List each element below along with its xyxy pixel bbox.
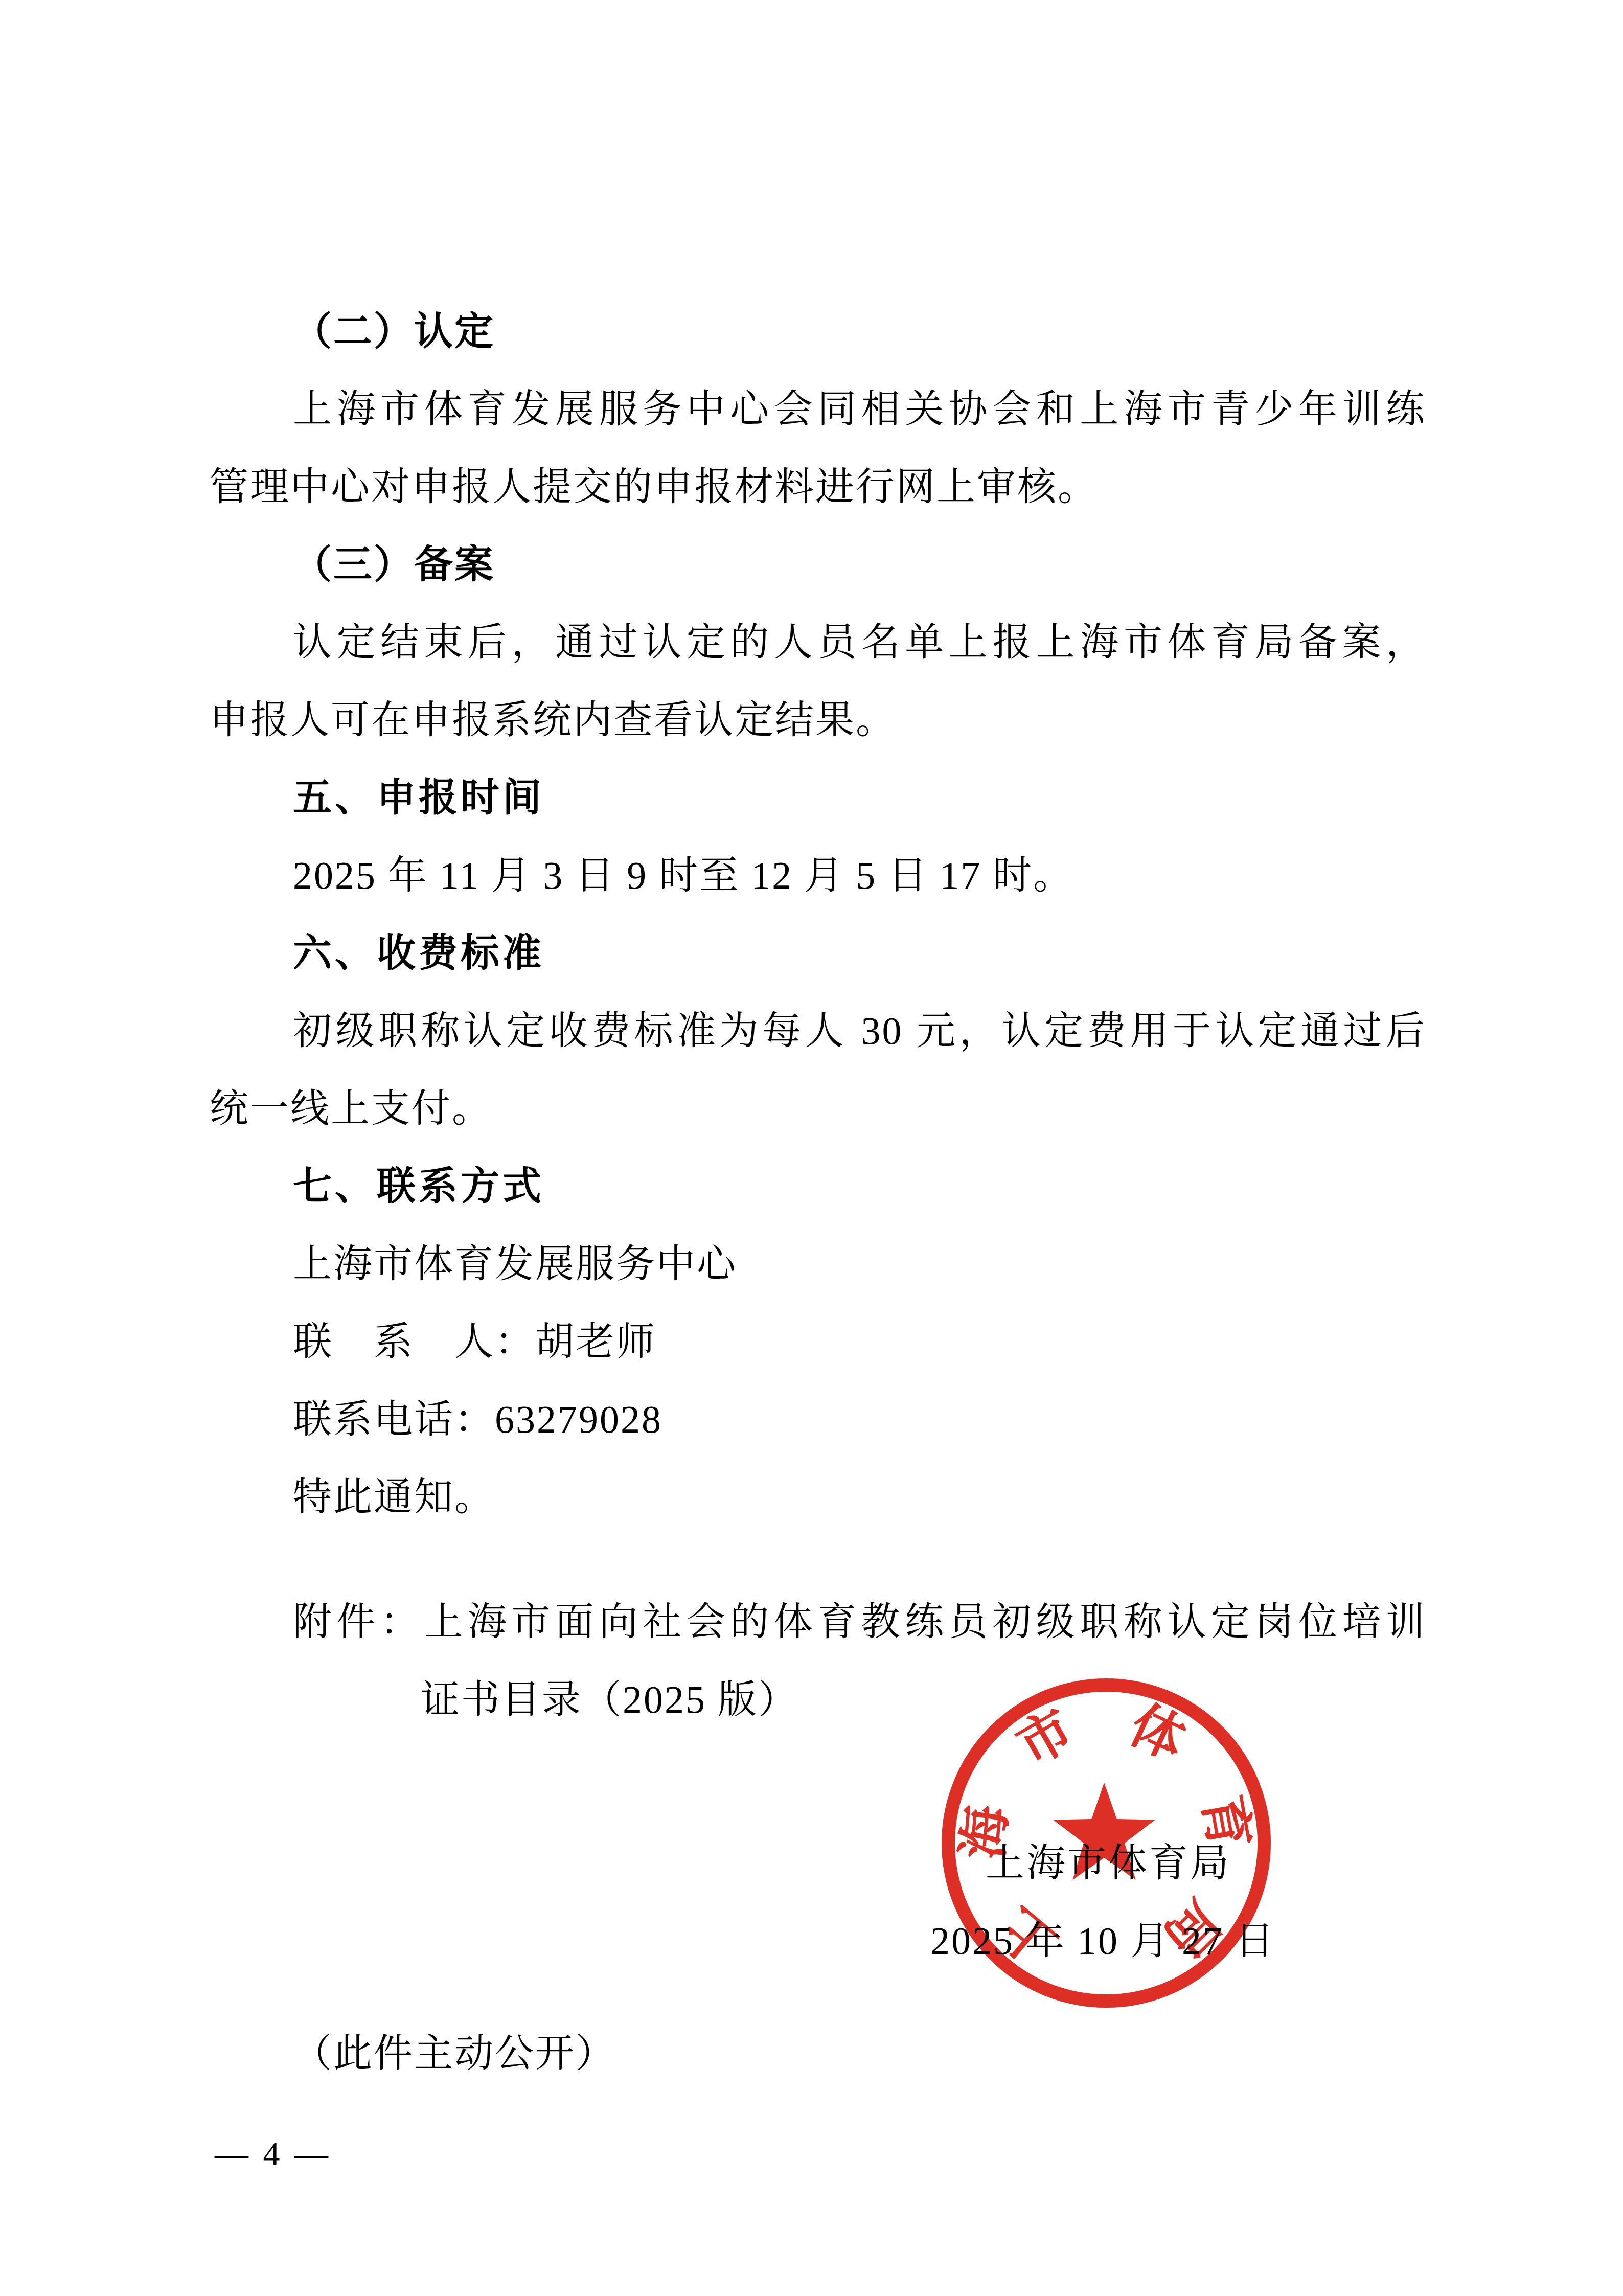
body-line: 申报人可在申报系统内查看认定结果。 [210, 681, 1426, 759]
section-heading-fee-standard: 六、收费标准 [210, 915, 1426, 992]
contact-person-line: 联 系 人：胡老师 [210, 1303, 1426, 1381]
contact-org-line: 上海市体育发展服务中心 [210, 1225, 1426, 1303]
public-disclosure-note: （此件主动公开） [210, 2015, 1426, 2093]
attachment-line: 附件：上海市面向社会的体育教练员初级职称认定岗位培训 [210, 1583, 1426, 1661]
body-line: 上海市体育发展服务中心会同相关协会和上海市青少年训练 [210, 371, 1426, 448]
seal-star-icon [1053, 1783, 1155, 1880]
section-heading-filing: （三）备案 [210, 526, 1426, 604]
section-heading-application-time: 五、申报时间 [210, 759, 1426, 837]
official-seal: 上 海 市 体 育 局 [932, 1669, 1280, 2017]
page-number: — 4 — [215, 2117, 331, 2192]
body-line: 认定结束后，通过认定的人员名单上报上海市体育局备案， [210, 604, 1426, 681]
body-line: 统一线上支付。 [210, 1070, 1426, 1148]
contact-phone-line: 联系电话：63279028 [210, 1381, 1426, 1459]
document-page: （二）认定 上海市体育发展服务中心会同相关协会和上海市青少年训练 管理中心对申报… [0, 0, 1623, 2296]
seal-char: 海 [954, 1803, 1017, 1861]
body-line-application-dates: 2025 年 11 月 3 日 9 时至 12 月 5 日 17 时。 [210, 837, 1426, 915]
body-line: 管理中心对申报人提交的申报材料进行网上审核。 [210, 448, 1426, 526]
closing-notice-line: 特此通知。 [210, 1459, 1426, 1536]
body-line: 初级职称认定收费标准为每人 30 元，认定费用于认定通过后 [210, 992, 1426, 1070]
section-heading-recognition: （二）认定 [210, 293, 1426, 371]
section-heading-contact: 七、联系方式 [210, 1148, 1426, 1225]
seal-char: 育 [1192, 1791, 1259, 1853]
